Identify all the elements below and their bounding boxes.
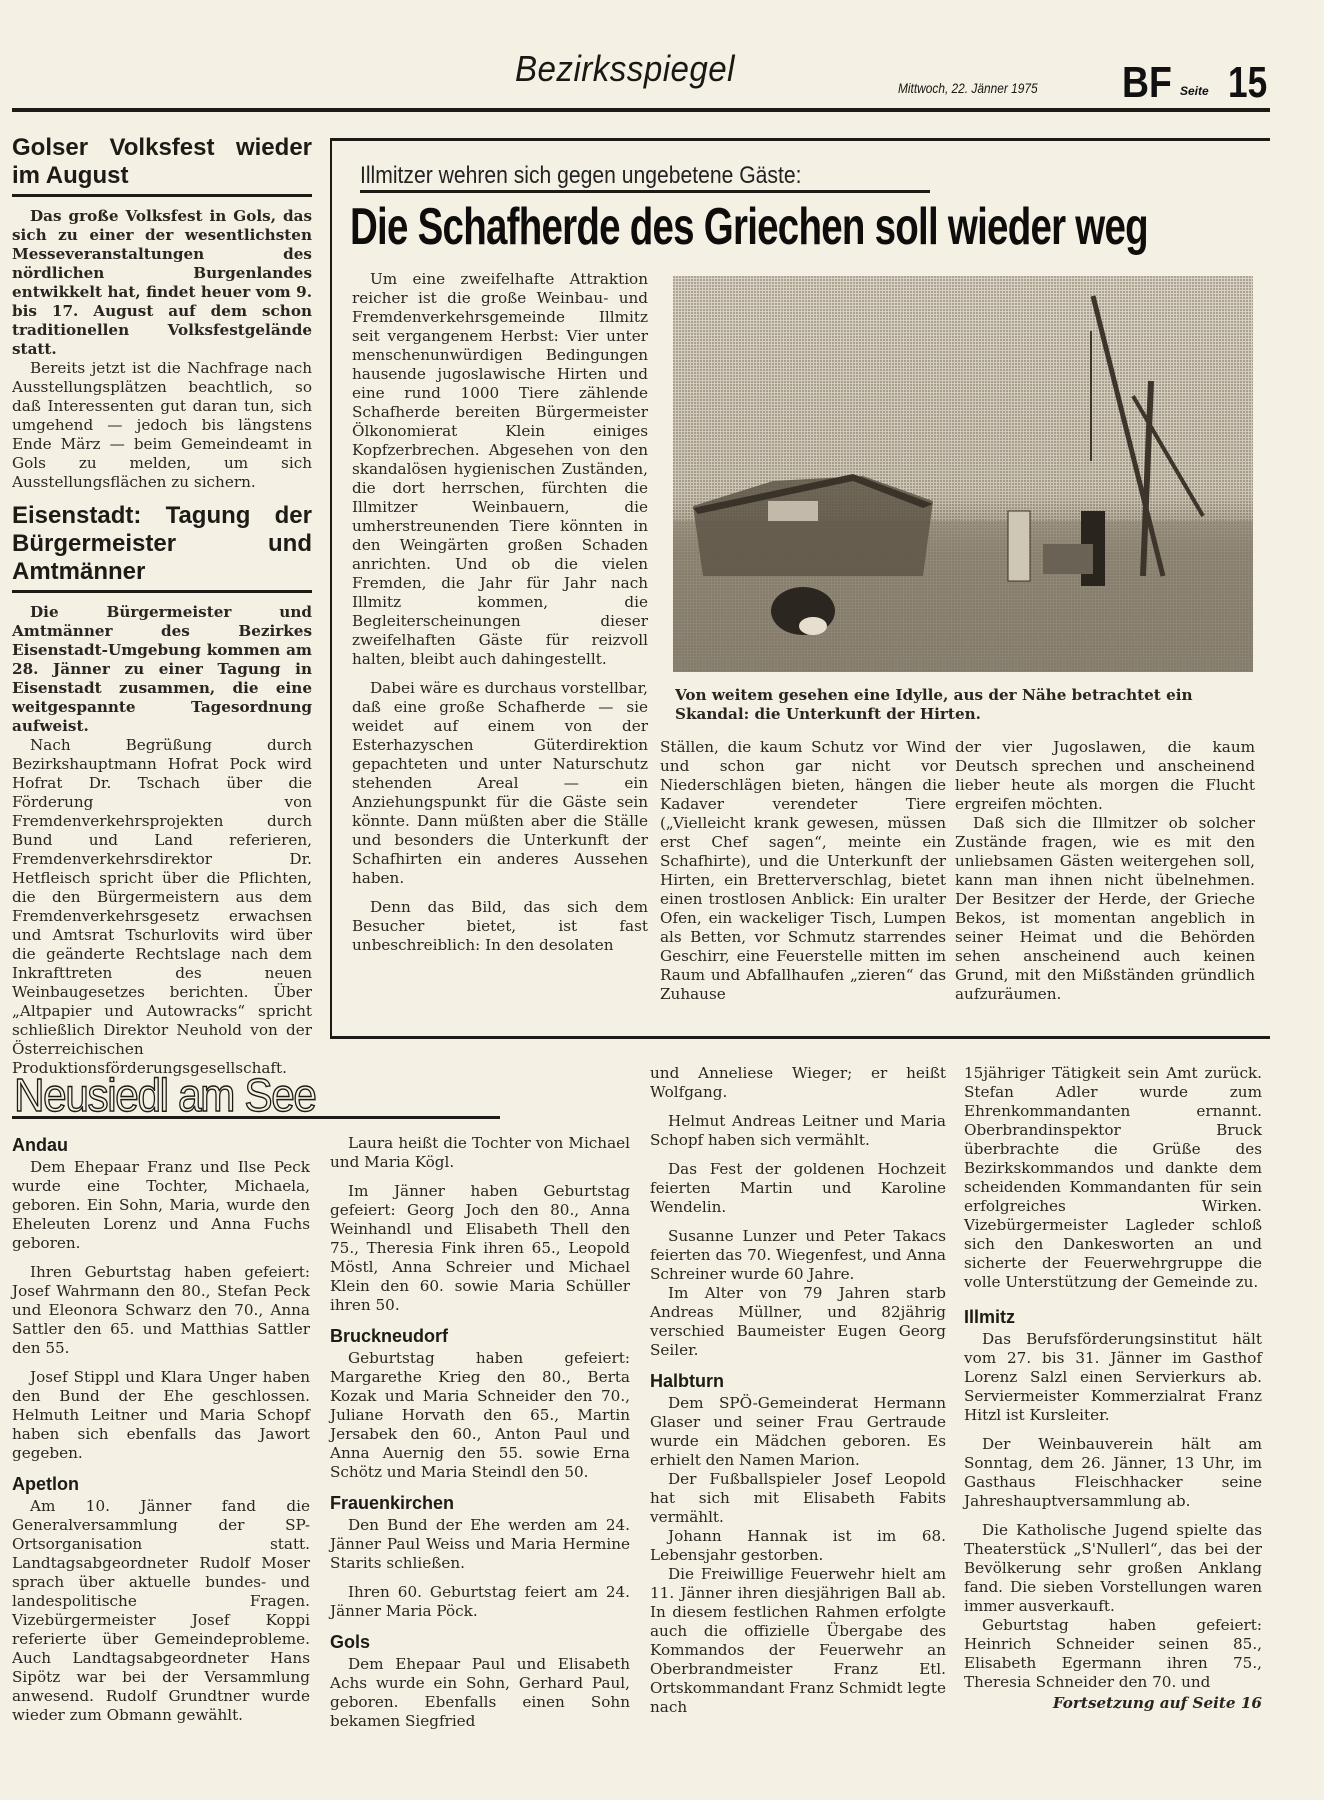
neusiedl-column-2: Laura heißt die Tochter von Michael und … <box>330 1134 630 1731</box>
town-heading-halbturn: Halbturn <box>650 1370 946 1392</box>
town-heading-frauenkirchen: Frauenkirchen <box>330 1492 630 1514</box>
neusiedl-column-3: und Anneliese Wieger; er heißt Wolfgang.… <box>650 1064 946 1717</box>
town-heading-andau: Andau <box>12 1134 310 1156</box>
feature-box-border <box>330 138 1270 141</box>
feature-column-2: Ställen, die kaum Schutz vor Wind und sc… <box>660 738 946 1004</box>
feature-column-3: der vier Jugoslawen, die kaum Deutsch sp… <box>955 738 1255 1004</box>
news-item: Geburtstag haben gefeiert: Heinrich Schn… <box>964 1616 1262 1692</box>
town-heading-apetlon: Apetlon <box>12 1473 310 1495</box>
article-eisenstadt-tagung: Eisenstadt: Tagung der Bürgermeister und… <box>12 502 312 1078</box>
neusiedl-column-4: 15jähriger Tätigkeit sein Amt zurück. St… <box>964 1064 1262 1713</box>
article-paragraph: Daß sich die Illmitzer ob solcher Zustän… <box>955 814 1255 1004</box>
masthead-rule <box>12 108 1270 112</box>
neusiedl-column-1: Andau Dem Ehepaar Franz und Ilse Peck wu… <box>12 1132 310 1725</box>
news-photo <box>673 276 1253 672</box>
news-item: Dem SPÖ-Gemeinderat Hermann Glaser und s… <box>650 1394 946 1470</box>
article-paragraph: Um eine zweifelhafte Attraktion reicher … <box>352 270 648 669</box>
article-body: Nach Begrüßung durch Bezirkshauptmann Ho… <box>12 736 312 1078</box>
news-item: Den Bund der Ehe werden am 24. Jänner Pa… <box>330 1516 630 1573</box>
feature-kicker: Illmitzer wehren sich gegen ungebetene G… <box>360 162 801 190</box>
left-column: Golser Volksfest wieder im August Das gr… <box>12 134 312 1078</box>
feature-column-1: Um eine zweifelhafte Attraktion reicher … <box>352 270 648 955</box>
article-lead: Das große Volksfest in Gols, das sich zu… <box>12 207 312 359</box>
news-item: 15jähriger Tätigkeit sein Amt zurück. St… <box>964 1064 1262 1292</box>
news-item: Geburtstag haben gefeiert: Margarethe Kr… <box>330 1349 630 1482</box>
town-heading-illmitz: Illmitz <box>964 1306 1262 1328</box>
section-title: Neusiedl am See <box>14 1068 316 1122</box>
news-item: Im Alter von 79 Jahren starb Andreas Mül… <box>650 1284 946 1360</box>
article-paragraph: Ställen, die kaum Schutz vor Wind und sc… <box>660 738 946 1004</box>
article-body: Bereits jetzt ist die Nachfrage nach Aus… <box>12 359 312 492</box>
news-item: Josef Stippl und Klara Unger haben den B… <box>12 1368 310 1463</box>
headline-rule <box>12 194 312 197</box>
section-rule <box>12 1116 500 1119</box>
feature-headline: Die Schafherde des Griechen soll wieder … <box>350 197 1148 257</box>
article-paragraph: Denn das Bild, das sich dem Besucher bie… <box>352 898 648 955</box>
town-heading-gols: Gols <box>330 1631 630 1653</box>
news-item: Ihren 60. Geburtstag feiert am 24. Jänne… <box>330 1583 630 1621</box>
news-item: Laura heißt die Tochter von Michael und … <box>330 1134 630 1172</box>
feature-box-border <box>330 138 332 1038</box>
feature-box-border <box>330 1036 1270 1039</box>
news-item: Im Jänner haben Geburtstag gefeiert: Geo… <box>330 1182 630 1315</box>
continuation-link[interactable]: Fortsetzung auf Seite 16 <box>964 1694 1262 1713</box>
news-item: Dem Ehepaar Paul und Elisabeth Achs wurd… <box>330 1655 630 1731</box>
photo-scene-icon <box>673 276 1253 672</box>
publication-logo: BF <box>1122 58 1172 108</box>
news-item: Das Berufsförderungsinstitut hält vom 27… <box>964 1330 1262 1425</box>
news-item: Susanne Lunzer und Peter Takacs feierten… <box>650 1227 946 1284</box>
news-item: Die Freiwillige Feuerwehr hielt am 11. J… <box>650 1565 946 1717</box>
article-headline: Eisenstadt: Tagung der Bürgermeister und… <box>12 502 312 586</box>
masthead-title: Bezirksspiegel <box>515 48 735 90</box>
news-item: Der Weinbauverein hält am Sonntag, dem 2… <box>964 1435 1262 1511</box>
town-heading-bruckneudorf: Bruckneudorf <box>330 1325 630 1347</box>
article-paragraph: der vier Jugoslawen, die kaum Deutsch sp… <box>955 738 1255 814</box>
article-paragraph: Dabei wäre es durchaus vorstellbar, daß … <box>352 679 648 888</box>
headline-rule <box>12 590 312 593</box>
article-golser-volksfest: Golser Volksfest wieder im August Das gr… <box>12 134 312 492</box>
photo-caption: Von weitem gesehen eine Idylle, aus der … <box>675 686 1255 724</box>
news-item: Johann Hannak ist im 68. Lebensjahr gest… <box>650 1527 946 1565</box>
page-label: Seite <box>1180 84 1209 98</box>
article-lead: Die Bürgermeister und Amtmänner des Bezi… <box>12 603 312 736</box>
news-item: Helmut Andreas Leitner und Maria Schopf … <box>650 1112 946 1150</box>
kicker-rule <box>360 190 930 193</box>
news-item: Am 10. Jänner fand die Generalversammlun… <box>12 1497 310 1725</box>
news-item: Das Fest der goldenen Hochzeit feierten … <box>650 1160 946 1217</box>
issue-date: Mittwoch, 22. Jänner 1975 <box>898 80 1038 96</box>
news-item: Der Fußballspieler Josef Leopold hat sic… <box>650 1470 946 1527</box>
news-item: Die Katholische Jugend spielte das Theat… <box>964 1521 1262 1616</box>
news-item: Ihren Geburtstag haben gefeiert: Josef W… <box>12 1263 310 1358</box>
page-number: 15 <box>1228 58 1267 108</box>
news-item: und Anneliese Wieger; er heißt Wolfgang. <box>650 1064 946 1102</box>
article-headline: Golser Volksfest wieder im August <box>12 134 312 190</box>
news-item: Dem Ehepaar Franz und Ilse Peck wurde ei… <box>12 1158 310 1253</box>
